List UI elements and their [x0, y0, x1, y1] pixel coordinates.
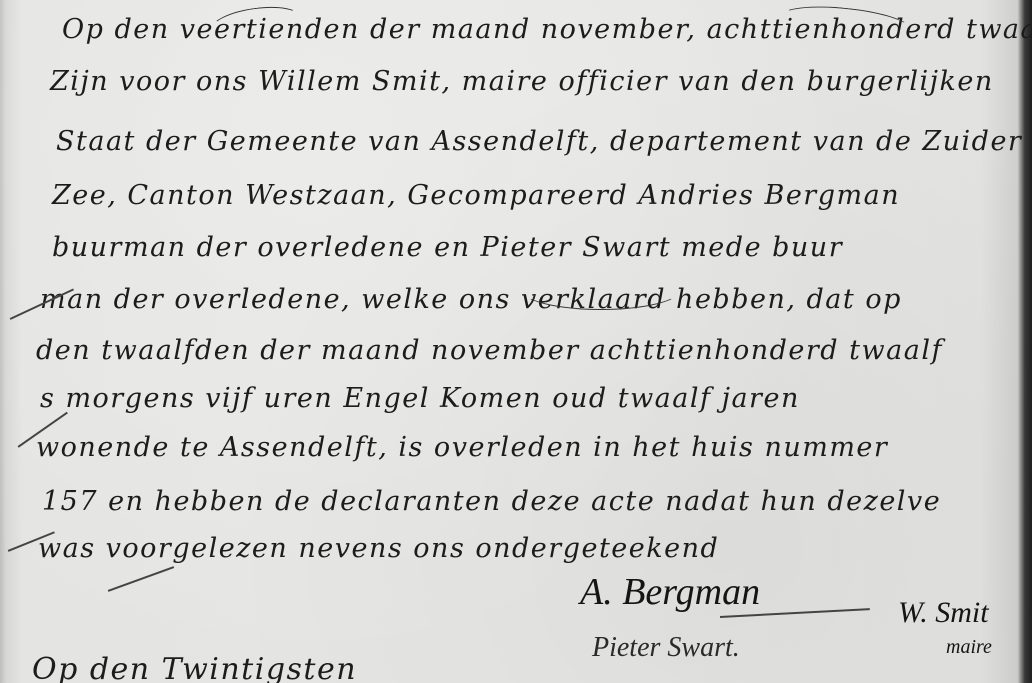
scanned-document-page: Op den veertienden der maand november, a…	[0, 0, 1032, 683]
record-line-7: den twaalfden der maand november achttie…	[36, 335, 943, 366]
record-line-10: 157 en hebben de declaranten deze acte n…	[42, 486, 941, 517]
pen-flourish	[520, 268, 682, 310]
pen-stroke	[108, 566, 174, 591]
record-line-5: buurman der overledene en Pieter Swart m…	[52, 232, 843, 263]
record-line-6: man der overledene, welke ons verklaard …	[40, 284, 902, 315]
record-line-3: Staat der Gemeente van Assendelft, depar…	[56, 126, 1022, 157]
signature-bergman: A. Bergman	[580, 570, 760, 614]
signature-swart: Pieter Swart.	[592, 632, 740, 664]
next-record-heading: Op den Twintigsten	[32, 652, 357, 683]
signature-smit-title: maire	[946, 636, 992, 659]
record-line-11: was voorgelezen nevens ons ondergeteeken…	[38, 533, 719, 564]
record-line-9: wonende te Assendelft, is overleden in h…	[36, 432, 888, 463]
record-line-4: Zee, Canton Westzaan, Gecompareerd Andri…	[52, 180, 900, 211]
record-line-8: s morgens vijf uren Engel Komen oud twaa…	[40, 383, 800, 414]
record-line-2: Zijn voor ons Willem Smit, maire officie…	[50, 66, 994, 97]
signature-smit: W. Smit	[898, 596, 989, 630]
